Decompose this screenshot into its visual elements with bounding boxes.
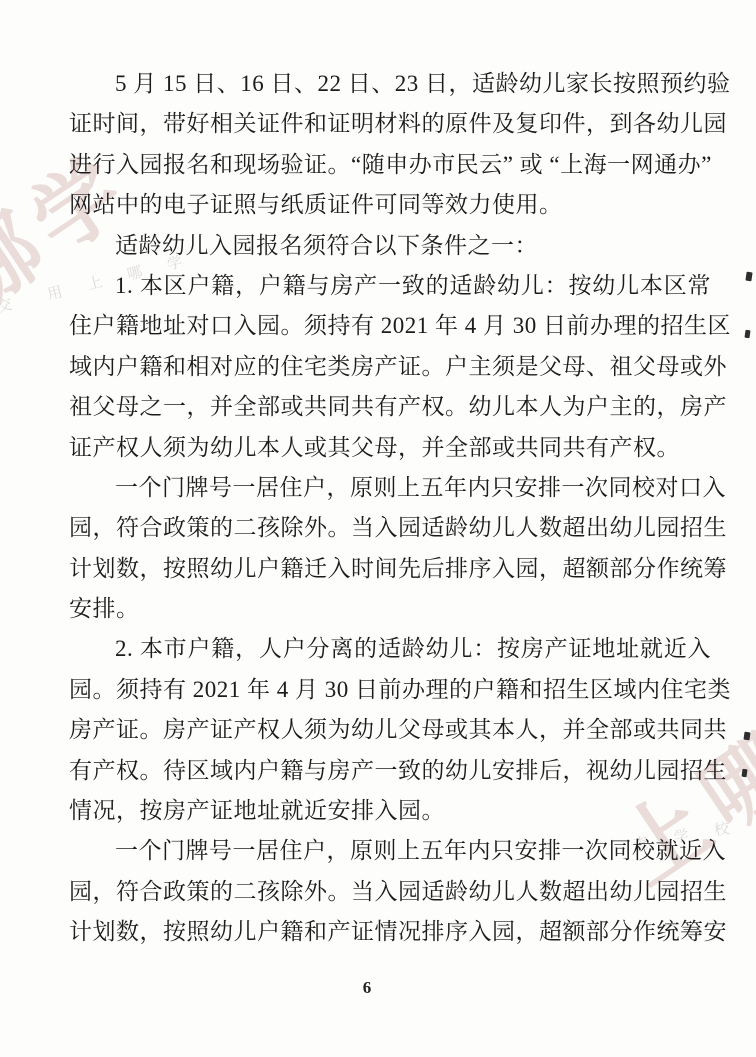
text-line: 情况，按房产证地址就近安排入园。 (69, 791, 711, 831)
scan-edge-mark (744, 330, 750, 339)
text-line: 一个门牌号一居住户，原则上五年内只安排一次同校对口入 (69, 468, 711, 508)
text-line: 证时间，带好相关证件和证明材料的原件及复印件，到各幼儿园 (69, 104, 711, 144)
text-line: 园，符合政策的二孩除外。当入园适龄幼儿人数超出幼儿园招生 (69, 872, 711, 912)
scan-edge-mark (741, 769, 747, 778)
text-line: 适龄幼儿入园报名须符合以下条件之一： (69, 226, 711, 266)
text-line: 进行入园报名和现场验证。“随申办市民云” 或 “上海一网通办” (69, 145, 711, 185)
text-line: 1. 本区户籍，户籍与房产一致的适龄幼儿：按幼儿本区常 (69, 266, 711, 306)
text-line: 2. 本市户籍，人户分离的适龄幼儿：按房产证地址就近入 (69, 629, 711, 669)
scan-edge-mark (743, 732, 750, 741)
text-line: 安排。 (69, 589, 711, 629)
scan-edge-mark (745, 272, 752, 282)
text-line: 一个门牌号一居住户，原则上五年内只安排一次同校就近入 (69, 831, 711, 871)
page-number: 6 (352, 978, 382, 998)
text-line: 祖父母之一，并全部或共同共有产权。幼儿本人为户主的，房产 (69, 387, 711, 427)
text-line: 证产权人须为幼儿本人或其父母，并全部或共同共有产权。 (69, 428, 711, 468)
text-line: 5 月 15 日、16 日、22 日、23 日，适龄幼儿家长按照预约验 (69, 64, 711, 104)
text-line: 网站中的电子证照与纸质证件可同等效力使用。 (69, 185, 711, 225)
text-line: 园，符合政策的二孩除外。当入园适龄幼儿人数超出幼儿园招生 (69, 508, 711, 548)
text-line: 住户籍地址对口入园。须持有 2021 年 4 月 30 日前办理的招生区 (69, 306, 711, 346)
body-text: 5 月 15 日、16 日、22 日、23 日，适龄幼儿家长按照预约验证时间，带… (69, 64, 711, 953)
text-line: 域内户籍和相对应的住宅类房产证。户主须是父母、祖父母或外 (69, 347, 711, 387)
text-line: 有产权。待区域内户籍与房产一致的幼儿安排后，视幼儿园招生 (69, 751, 711, 791)
text-line: 园。须持有 2021 年 4 月 30 日前办理的户籍和招生区域内住宅类 (69, 670, 711, 710)
scanned-document-page: 上哪学 交 用 上 哪 学 上哪学 查 学 校 用 5 月 15 日、16 日、… (0, 0, 756, 1057)
text-line: 计划数，按照幼儿户籍和产证情况排序入园，超额部分作统筹安 (69, 912, 711, 952)
text-line: 房产证。房产证产权人须为幼儿父母或其本人，并全部或共同共 (69, 710, 711, 750)
text-line: 计划数，按照幼儿户籍迁入时间先后排序入园，超额部分作统筹 (69, 549, 711, 589)
